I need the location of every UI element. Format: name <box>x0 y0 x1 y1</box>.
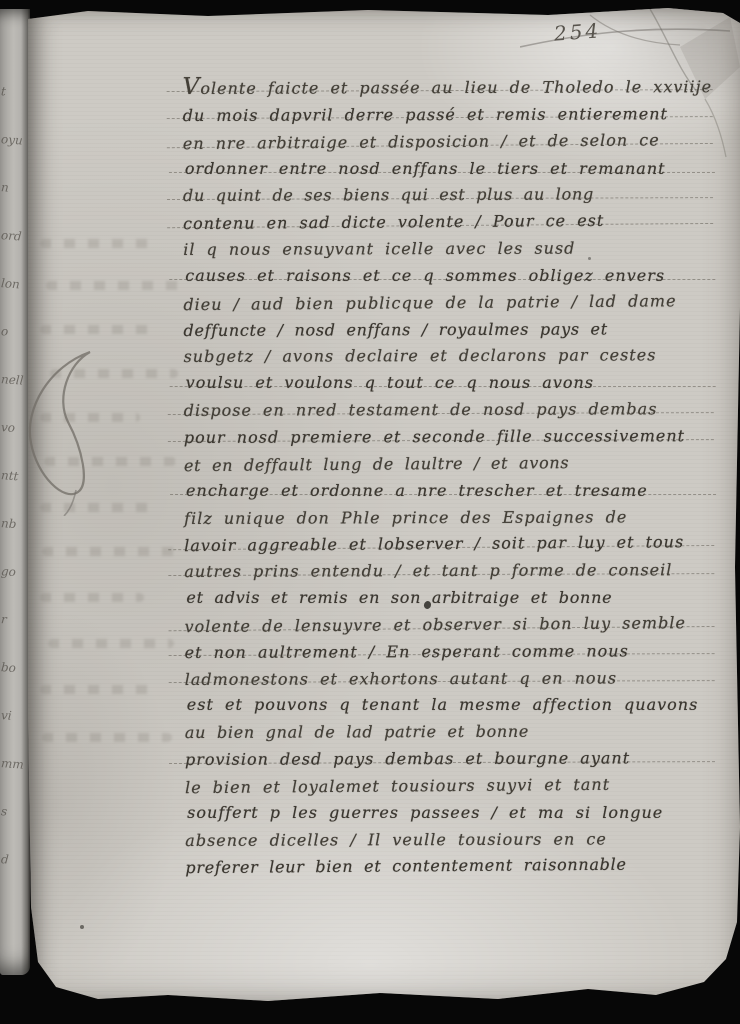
margin-fragment: nb <box>1 516 28 532</box>
manuscript-line: lavoir aggreable et lobserver / soit par… <box>184 529 724 560</box>
manuscript-line: au bien gnal de lad patrie et bonne <box>185 718 725 747</box>
margin-fragment: mm <box>1 756 28 772</box>
manuscript-line: ordonner entre nosd enffans le tiers et … <box>185 156 725 183</box>
manuscript-line: et advis et remis en son arbitraige et b… <box>186 585 726 612</box>
margin-fragment: o <box>1 324 28 340</box>
manuscript-line: deffuncte / nosd enffans / royaulmes pay… <box>183 316 723 345</box>
manuscript-line: et non aultrement / En esperant comme no… <box>185 638 725 667</box>
manuscript-line: causes et raisons et ce q sommes obligez… <box>185 263 725 290</box>
margin-fragment: t <box>1 84 28 100</box>
manuscript-line: est et pouvons q tenant la mesme affecti… <box>187 692 727 719</box>
manuscript-line: autres prins entendu / et tant p forme d… <box>184 557 724 586</box>
manuscript-line: voulsu et voulons q tout ce q nous avons <box>186 370 726 397</box>
manuscript-line: pour nosd premiere et seconde fille succ… <box>184 423 724 452</box>
manuscript-page: 254 Volente faicte et passée au lieu de … <box>28 7 740 1004</box>
manuscript-line: contenu en sad dicte volente / Pour ce e… <box>183 207 723 238</box>
manuscript-line: provision desd pays dembas et bourgne ay… <box>185 745 725 774</box>
manuscript-line: dieu / aud bien publicque de la patrie /… <box>183 288 723 319</box>
ink-speck <box>588 257 591 260</box>
manuscript-line: encharge et ordonne a nre trescher et tr… <box>186 478 726 505</box>
margin-fragment: n <box>1 180 28 196</box>
margin-fragment: r <box>1 612 28 628</box>
manuscript-line: Volente faicte et passée au lieu de Thol… <box>183 72 723 103</box>
margin-fragment: go <box>1 564 28 580</box>
manuscript-line: volente de lensuyvre et observer si bon … <box>184 610 724 641</box>
manuscript-scan: toyunordlononellvonttnbgorbovimmsd 254 V… <box>0 0 740 1024</box>
manuscript-line: du quint de ses biens qui est plus au lo… <box>183 181 723 210</box>
manuscript-line: souffert p les guerres passees / et ma s… <box>187 800 727 827</box>
manuscript-text: Volente faicte et passée au lieu de Thol… <box>183 72 726 881</box>
manuscript-line: et en deffault lung de laultre / et avon… <box>184 449 724 480</box>
manuscript-line: ladmonestons et exhortons autant q en no… <box>185 665 725 694</box>
margin-fragment: lon <box>1 276 28 292</box>
margin-fragment: oyu <box>1 132 28 148</box>
manuscript-line: filz unique don Phle prince des Espaigne… <box>184 504 724 533</box>
manuscript-line: absence dicelles / Il veulle tousiours e… <box>185 826 725 855</box>
margin-fragment: ord <box>1 228 28 244</box>
margin-fragment: vi <box>1 708 28 724</box>
manuscript-line: preferer leur bien et contentement raiso… <box>185 851 725 882</box>
margin-fragment: d <box>1 852 28 868</box>
margin-fragment: bo <box>1 660 28 676</box>
manuscript-line: dispose en nred testament de nosd pays d… <box>184 396 724 425</box>
manuscript-line: subgetz / avons declaire et declarons pa… <box>184 342 724 371</box>
manuscript-line: en nre arbitraige et disposicion / et de… <box>183 127 723 158</box>
margin-fragment: s <box>1 804 28 820</box>
manuscript-line: il q nous ensuyvant icelle avec les susd <box>183 235 723 264</box>
manuscript-line: du mois dapvril derre passé et remis ent… <box>183 101 723 130</box>
ink-speck <box>80 925 84 929</box>
manuscript-line: le bien et loyalemet tousiours suyvi et … <box>185 771 725 802</box>
paper-loop-mark <box>18 346 110 516</box>
